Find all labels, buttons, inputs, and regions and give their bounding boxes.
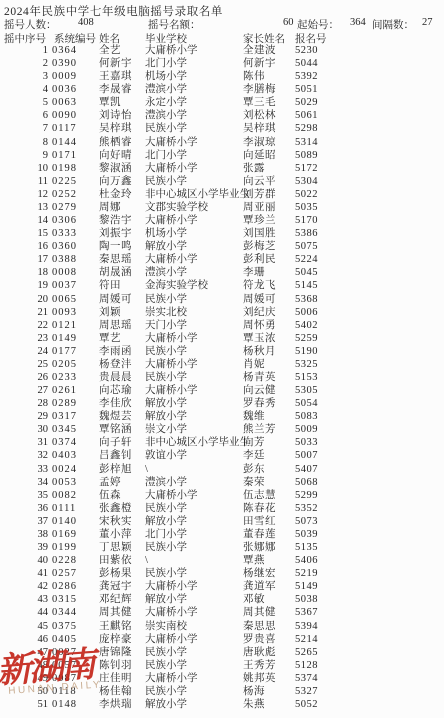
interval-label: 间隔数： xyxy=(372,17,414,32)
cell-rank: 29 xyxy=(0,410,48,423)
cell-school: 解放小学 xyxy=(145,515,187,528)
cell-registration-number: 5314 xyxy=(295,136,318,149)
cell-system-number: 0177 xyxy=(52,345,77,358)
cell-parent-name: 姚邦英 xyxy=(243,672,276,685)
cell-system-number: 0364 xyxy=(52,44,77,57)
cell-student-name: 黎淑涵 xyxy=(99,162,132,175)
cell-school: 民族小学 xyxy=(145,371,187,384)
cell-parent-name: 周其健 xyxy=(243,606,276,619)
cell-rank: 4 xyxy=(0,83,48,96)
cell-parent-name: 罗春秀 xyxy=(243,397,276,410)
cell-school: 永定小学 xyxy=(145,96,187,109)
table-row: 35 0082 伍森 大庸桥小学 伍志慧 5299 xyxy=(0,489,444,502)
cell-rank: 24 xyxy=(0,345,48,358)
table-row: 6 0090 刘诗怡 澧滨小学 刘松林 5061 xyxy=(0,109,444,122)
cell-registration-number: 5029 xyxy=(295,96,318,109)
cell-rank: 27 xyxy=(0,384,48,397)
cell-parent-name: 李膳梅 xyxy=(243,83,276,96)
cell-student-name: 何新宇 xyxy=(99,57,132,70)
table-row: 41 0257 彭杨果 民族小学 杨继宏 5219 xyxy=(0,567,444,580)
table-row: 28 0289 李佳欣 解放小学 罗春秀 5054 xyxy=(0,397,444,410)
cell-rank: 12 xyxy=(0,188,48,201)
cell-rank: 5 xyxy=(0,96,48,109)
quota-label: 摇号名额： xyxy=(148,17,201,32)
cell-registration-number: 5022 xyxy=(295,188,318,201)
cell-parent-name: 刘国胜 xyxy=(243,227,276,240)
cell-rank: 51 xyxy=(0,698,48,711)
cell-school: \ xyxy=(145,463,148,476)
cell-system-number: 0082 xyxy=(52,489,77,502)
cell-parent-name: 周亚丽 xyxy=(243,201,276,214)
cell-rank: 13 xyxy=(0,201,48,214)
cell-school: 非中心城区小学毕业生 xyxy=(145,436,250,449)
table-row: 23 0149 覃艺 大庸桥小学 覃玉浓 5259 xyxy=(0,332,444,345)
cell-system-number: 0279 xyxy=(52,201,77,214)
cell-student-name: 刘振宇 xyxy=(99,227,132,240)
cell-parent-name: 彭利民 xyxy=(243,253,276,266)
cell-system-number: 0198 xyxy=(52,162,77,175)
cell-student-name: 刘颖 xyxy=(99,306,121,319)
cell-student-name: 向万鑫 xyxy=(99,175,132,188)
cell-registration-number: 5327 xyxy=(295,685,318,698)
cell-parent-name: 张露 xyxy=(243,162,265,175)
cell-rank: 8 xyxy=(0,136,48,149)
cell-parent-name: 彭梅芝 xyxy=(243,240,276,253)
cell-registration-number: 5006 xyxy=(295,306,318,319)
table-row: 19 0037 符田 金海实验学校 符龙飞 5145 xyxy=(0,279,444,292)
cell-school: 澧滨小学 xyxy=(145,83,187,96)
table-row: 33 0024 彭梓旭 \ 彭东 5407 xyxy=(0,463,444,476)
cell-student-name: 田紫依 xyxy=(99,554,132,567)
cell-system-number: 0065 xyxy=(52,293,77,306)
cell-system-number: 0053 xyxy=(52,476,77,489)
cell-system-number: 0140 xyxy=(52,515,77,528)
cell-student-name: 周媛可 xyxy=(99,293,132,306)
cell-school: 民族小学 xyxy=(145,567,187,580)
cell-system-number: 0111 xyxy=(52,502,76,515)
cell-rank: 21 xyxy=(0,306,48,319)
cell-system-number: 0345 xyxy=(52,423,77,436)
cell-school: 机场小学 xyxy=(145,227,187,240)
table-row: 12 0252 杜金玲 非中心城区小学毕业生 刘芳群 5022 xyxy=(0,188,444,201)
cell-registration-number: 5073 xyxy=(295,515,318,528)
cell-rank: 39 xyxy=(0,541,48,554)
table-row: 3 0009 王嘉琪 机场小学 陈伟 5392 xyxy=(0,70,444,83)
cell-parent-name: 杨秋月 xyxy=(243,345,276,358)
cell-student-name: 胡晟涵 xyxy=(99,266,132,279)
cell-system-number: 0315 xyxy=(52,593,77,606)
cell-school: 大庸桥小学 xyxy=(145,253,198,266)
cell-student-name: 周其健 xyxy=(99,606,132,619)
cell-rank: 37 xyxy=(0,515,48,528)
cell-system-number: 0388 xyxy=(52,253,77,266)
cell-rank: 7 xyxy=(0,122,48,135)
cell-rank: 3 xyxy=(0,70,48,83)
cell-registration-number: 5402 xyxy=(295,319,318,332)
cell-student-name: 李佳欣 xyxy=(99,397,132,410)
table-row: 37 0140 宋秋实 解放小学 田雪红 5073 xyxy=(0,515,444,528)
cell-parent-name: 覃燕 xyxy=(243,554,265,567)
table-row: 20 0065 周媛可 民族小学 周媛可 5368 xyxy=(0,293,444,306)
cell-parent-name: 符龙飞 xyxy=(243,279,276,292)
table-header: 摇中序号 系统编号 姓名 毕业学校 家长姓名 报名号 xyxy=(0,31,444,44)
cell-student-name: 秦思瑶 xyxy=(99,253,132,266)
cell-system-number: 0233 xyxy=(52,371,77,384)
cell-school: 北门小学 xyxy=(145,149,187,162)
table-row: 24 0177 李雨函 民族小学 杨秋月 5190 xyxy=(0,345,444,358)
cell-student-name: 杨佳翰 xyxy=(99,685,132,698)
cell-parent-name: 王秀芳 xyxy=(243,659,276,672)
cell-parent-name: 秦荣 xyxy=(243,476,265,489)
cell-school: 民族小学 xyxy=(145,502,187,515)
table-row: 16 0360 陶一鸣 解放小学 彭梅芝 5075 xyxy=(0,240,444,253)
cell-registration-number: 5406 xyxy=(295,554,318,567)
cell-system-number: 0261 xyxy=(52,384,77,397)
cell-parent-name: 向延昭 xyxy=(243,149,276,162)
cell-school: 民族小学 xyxy=(145,659,187,672)
table-row: 13 0279 周娜 文郡实验学校 周亚丽 5035 xyxy=(0,201,444,214)
cell-student-name: 宋秋实 xyxy=(99,515,132,528)
cell-parent-name: 周媛可 xyxy=(243,293,276,306)
cell-student-name: 符田 xyxy=(99,279,121,292)
cell-parent-name: 吴梓琪 xyxy=(243,122,276,135)
cell-parent-name: 刘纪庆 xyxy=(243,306,276,319)
cell-student-name: 覃铭涵 xyxy=(99,423,132,436)
cell-student-name: 全艺 xyxy=(99,44,121,57)
cell-registration-number: 5368 xyxy=(295,293,318,306)
cell-rank: 15 xyxy=(0,227,48,240)
cell-rank: 17 xyxy=(0,253,48,266)
cell-registration-number: 5407 xyxy=(295,463,318,476)
cell-rank: 22 xyxy=(0,319,48,332)
cell-registration-number: 5214 xyxy=(295,633,318,646)
cell-student-name: 覃艺 xyxy=(99,332,121,345)
cell-system-number: 0024 xyxy=(52,463,77,476)
cell-student-name: 丁思颖 xyxy=(99,541,132,554)
cell-system-number: 0090 xyxy=(52,109,77,122)
cell-parent-name: 陈伟 xyxy=(243,70,265,83)
cell-registration-number: 5033 xyxy=(295,436,318,449)
table-row: 5 0063 覃凯 永定小学 覃三毛 5029 xyxy=(0,96,444,109)
cell-system-number: 0306 xyxy=(52,214,77,227)
table-row: 21 0093 刘颖 崇实北校 刘纪庆 5006 xyxy=(0,306,444,319)
cell-rank: 35 xyxy=(0,489,48,502)
cell-parent-name: 何新宇 xyxy=(243,57,276,70)
cell-parent-name: 杨海 xyxy=(243,685,265,698)
cell-registration-number: 5394 xyxy=(295,620,318,633)
cell-school: 天门小学 xyxy=(145,319,187,332)
cell-parent-name: 向云平 xyxy=(243,175,276,188)
cell-rank: 45 xyxy=(0,620,48,633)
cell-parent-name: 李淑琼 xyxy=(243,136,276,149)
cell-system-number: 0199 xyxy=(52,541,77,554)
cell-student-name: 董小萍 xyxy=(99,528,132,541)
table-row: 34 0053 孟婷 澧滨小学 秦荣 5068 xyxy=(0,476,444,489)
cell-rank: 40 xyxy=(0,554,48,567)
cell-student-name: 熊栖睿 xyxy=(99,136,132,149)
table-row: 40 0228 田紫依 \ 覃燕 5406 xyxy=(0,554,444,567)
cell-school: 崇文小学 xyxy=(145,423,187,436)
table-row: 32 0403 吕鑫钊 敦谊小学 李廷 5007 xyxy=(0,449,444,462)
cell-rank: 42 xyxy=(0,580,48,593)
cell-student-name: 邓纪辉 xyxy=(99,593,132,606)
cell-parent-name: 龚道军 xyxy=(243,580,276,593)
cell-student-name: 李雨函 xyxy=(99,345,132,358)
cell-rank: 19 xyxy=(0,279,48,292)
cell-system-number: 0374 xyxy=(52,436,77,449)
document-page: 2024年民族中学七年级电脑摇号录取名单 摇号人数： 408 摇号名额： 60 … xyxy=(0,0,444,718)
cell-system-number: 0093 xyxy=(52,306,77,319)
table-row: 18 0008 胡晟涵 澧滨小学 李珊 5045 xyxy=(0,266,444,279)
cell-parent-name: 张娜娜 xyxy=(243,541,276,554)
cell-rank: 44 xyxy=(0,606,48,619)
cell-registration-number: 5325 xyxy=(295,358,318,371)
cell-school: 大庸桥小学 xyxy=(145,358,198,371)
cell-student-name: 杜金玲 xyxy=(99,188,132,201)
cell-school: 北门小学 xyxy=(145,57,187,70)
cell-registration-number: 5304 xyxy=(295,175,318,188)
cell-system-number: 0344 xyxy=(52,606,77,619)
cell-registration-number: 5009 xyxy=(295,423,318,436)
cell-parent-name: 刘松林 xyxy=(243,109,276,122)
cell-registration-number: 5153 xyxy=(295,371,318,384)
cell-student-name: 李烘瑞 xyxy=(99,698,132,711)
cell-student-name: 向芯瑜 xyxy=(99,384,132,397)
cell-school: 民族小学 xyxy=(145,541,187,554)
cell-system-number: 0252 xyxy=(52,188,77,201)
cell-rank: 38 xyxy=(0,528,48,541)
cell-rank: 28 xyxy=(0,397,48,410)
cell-rank: 11 xyxy=(0,175,48,188)
cell-system-number: 0169 xyxy=(52,528,77,541)
cell-parent-name: 向芳 xyxy=(243,436,265,449)
cell-student-name: 吕鑫钊 xyxy=(99,449,132,462)
cell-school: 解放小学 xyxy=(145,698,187,711)
table-row: 11 0225 向万鑫 民族小学 向云平 5304 xyxy=(0,175,444,188)
cell-parent-name: 秦思思 xyxy=(243,620,276,633)
cell-school: 澧滨小学 xyxy=(145,109,187,122)
cell-rank: 30 xyxy=(0,423,48,436)
cell-registration-number: 5054 xyxy=(295,397,318,410)
cell-system-number: 0228 xyxy=(52,554,77,567)
cell-registration-number: 5039 xyxy=(295,528,318,541)
cell-system-number: 0205 xyxy=(52,358,77,371)
table-row: 4 0036 李晟睿 澧滨小学 李膳梅 5051 xyxy=(0,83,444,96)
cell-parent-name: 向云健 xyxy=(243,384,276,397)
cell-rank: 34 xyxy=(0,476,48,489)
cell-school: 民族小学 xyxy=(145,685,187,698)
cell-rank: 41 xyxy=(0,567,48,580)
cell-system-number: 0286 xyxy=(52,580,77,593)
cell-registration-number: 5392 xyxy=(295,70,318,83)
cell-student-name: 伍森 xyxy=(99,489,121,502)
cell-registration-number: 5190 xyxy=(295,345,318,358)
table-row: 51 0148 李烘瑞 解放小学 朱燕 5052 xyxy=(0,698,444,711)
cell-school: 解放小学 xyxy=(145,410,187,423)
cell-registration-number: 5170 xyxy=(295,214,318,227)
cell-student-name: 杨登沣 xyxy=(99,358,132,371)
cell-system-number: 0037 xyxy=(52,279,77,292)
cell-school: 大庸桥小学 xyxy=(145,214,198,227)
cell-registration-number: 5128 xyxy=(295,659,318,672)
table-row: 14 0306 黎浩宇 大庸桥小学 覃珍兰 5170 xyxy=(0,214,444,227)
cell-student-name: 庄佳明 xyxy=(99,672,132,685)
start-number-value: 364 xyxy=(350,17,366,28)
cell-registration-number: 5265 xyxy=(295,646,318,659)
cell-student-name: 李晟睿 xyxy=(99,83,132,96)
table-row: 31 0374 向子轩 非中心城区小学毕业生 向芳 5033 xyxy=(0,436,444,449)
table-row: 9 0171 向好晴 北门小学 向延昭 5089 xyxy=(0,149,444,162)
cell-system-number: 0225 xyxy=(52,175,77,188)
cell-school: \ xyxy=(145,554,148,567)
cell-school: 大庸桥小学 xyxy=(145,633,198,646)
cell-school: 民族小学 xyxy=(145,345,187,358)
cell-registration-number: 5298 xyxy=(295,122,318,135)
cell-school: 大庸桥小学 xyxy=(145,580,198,593)
cell-rank: 14 xyxy=(0,214,48,227)
cell-school: 解放小学 xyxy=(145,593,187,606)
cell-student-name: 周思瑶 xyxy=(99,319,132,332)
cell-system-number: 0149 xyxy=(52,332,77,345)
cell-student-name: 张鑫橙 xyxy=(99,502,132,515)
cell-registration-number: 5061 xyxy=(295,109,318,122)
cell-registration-number: 5068 xyxy=(295,476,318,489)
cell-school: 大庸桥小学 xyxy=(145,384,198,397)
cell-rank: 10 xyxy=(0,162,48,175)
cell-student-name: 陈钊羽 xyxy=(99,659,132,672)
table-row: 29 0317 魏煜芸 解放小学 魏维 5083 xyxy=(0,410,444,423)
cell-school: 民族小学 xyxy=(145,175,187,188)
quota-value: 60 xyxy=(283,17,294,28)
cell-school: 敦谊小学 xyxy=(145,449,187,462)
cell-student-name: 龚冠宇 xyxy=(99,580,132,593)
cell-rank: 25 xyxy=(0,358,48,371)
cell-system-number: 0405 xyxy=(52,633,77,646)
cell-parent-name: 全建波 xyxy=(243,44,276,57)
table-row: 36 0111 张鑫橙 民族小学 陈春花 5352 xyxy=(0,502,444,515)
cell-student-name: 刘诗怡 xyxy=(99,109,132,122)
cell-school: 大庸桥小学 xyxy=(145,672,198,685)
table-row: 39 0199 丁思颖 民族小学 张娜娜 5135 xyxy=(0,541,444,554)
cell-school: 北门小学 xyxy=(145,528,187,541)
logo-cn-text: 新湖南 xyxy=(0,644,102,691)
cell-parent-name: 周怀勇 xyxy=(243,319,276,332)
table-row: 25 0205 杨登沣 大庸桥小学 肖妮 5325 xyxy=(0,358,444,371)
cell-registration-number: 5259 xyxy=(295,332,318,345)
cell-student-name: 周娜 xyxy=(99,201,121,214)
table-row: 1 0364 全艺 大庸桥小学 全建波 5230 xyxy=(0,44,444,57)
cell-registration-number: 5386 xyxy=(295,227,318,240)
cell-system-number: 0333 xyxy=(52,227,77,240)
cell-rank: 43 xyxy=(0,593,48,606)
cell-parent-name: 熊兰芳 xyxy=(243,423,276,436)
participants-value: 408 xyxy=(78,17,94,28)
cell-school: 民族小学 xyxy=(145,122,187,135)
table-row: 45 0375 王麒铭 崇实南校 秦思思 5394 xyxy=(0,620,444,633)
cell-system-number: 0148 xyxy=(52,698,77,711)
cell-parent-name: 肖妮 xyxy=(243,358,265,371)
cell-student-name: 唐锦隆 xyxy=(99,646,132,659)
cell-parent-name: 邓敏 xyxy=(243,593,265,606)
cell-student-name: 陶一鸣 xyxy=(99,240,132,253)
cell-registration-number: 5305 xyxy=(295,384,318,397)
cell-parent-name: 伍志慧 xyxy=(243,489,276,502)
cell-system-number: 0144 xyxy=(52,136,77,149)
cell-registration-number: 5075 xyxy=(295,240,318,253)
cell-system-number: 0375 xyxy=(52,620,77,633)
table-row: 22 0121 周思瑶 天门小学 周怀勇 5402 xyxy=(0,319,444,332)
cell-registration-number: 5367 xyxy=(295,606,318,619)
cell-registration-number: 5352 xyxy=(295,502,318,515)
cell-school: 大庸桥小学 xyxy=(145,332,198,345)
cell-parent-name: 覃玉浓 xyxy=(243,332,276,345)
start-number-label: 起始号： xyxy=(297,17,339,32)
table-row: 38 0169 董小萍 北门小学 董春莲 5039 xyxy=(0,528,444,541)
cell-school: 金海实验学校 xyxy=(145,279,208,292)
cell-school: 民族小学 xyxy=(145,646,187,659)
cell-registration-number: 5051 xyxy=(295,83,318,96)
cell-student-name: 庞梓豪 xyxy=(99,633,132,646)
cell-school: 大庸桥小学 xyxy=(145,136,198,149)
cell-student-name: 覃凯 xyxy=(99,96,121,109)
cell-system-number: 0390 xyxy=(52,57,77,70)
cell-parent-name: 田雪红 xyxy=(243,515,276,528)
cell-school: 非中心城区小学毕业生 xyxy=(145,188,250,201)
cell-school: 大庸桥小学 xyxy=(145,162,198,175)
cell-rank: 33 xyxy=(0,463,48,476)
cell-parent-name: 覃珍兰 xyxy=(243,214,276,227)
cell-parent-name: 彭东 xyxy=(243,463,265,476)
cell-parent-name: 覃三毛 xyxy=(243,96,276,109)
cell-registration-number: 5219 xyxy=(295,567,318,580)
cell-rank: 18 xyxy=(0,266,48,279)
cell-rank: 1 xyxy=(0,44,48,57)
cell-parent-name: 李廷 xyxy=(243,449,265,462)
table-row: 27 0261 向芯瑜 大庸桥小学 向云健 5305 xyxy=(0,384,444,397)
cell-student-name: 向好晴 xyxy=(99,149,132,162)
cell-registration-number: 5089 xyxy=(295,149,318,162)
cell-registration-number: 5299 xyxy=(295,489,318,502)
cell-registration-number: 5007 xyxy=(295,449,318,462)
cell-school: 文郡实验学校 xyxy=(145,201,208,214)
cell-parent-name: 董春莲 xyxy=(243,528,276,541)
cell-rank: 26 xyxy=(0,371,48,384)
table-row: 26 0233 贵晨晨 民族小学 杨青英 5153 xyxy=(0,371,444,384)
cell-registration-number: 5145 xyxy=(295,279,318,292)
cell-system-number: 0063 xyxy=(52,96,77,109)
cell-registration-number: 5149 xyxy=(295,580,318,593)
cell-parent-name: 罗贵喜 xyxy=(243,633,276,646)
cell-registration-number: 5044 xyxy=(295,57,318,70)
cell-student-name: 王嘉琪 xyxy=(99,70,132,83)
cell-rank: 2 xyxy=(0,57,48,70)
cell-rank: 31 xyxy=(0,436,48,449)
cell-school: 民族小学 xyxy=(145,293,187,306)
cell-registration-number: 5083 xyxy=(295,410,318,423)
table-row: 30 0345 覃铭涵 崇文小学 熊兰芳 5009 xyxy=(0,423,444,436)
cell-school: 大庸桥小学 xyxy=(145,44,198,57)
cell-student-name: 魏煜芸 xyxy=(99,410,132,423)
cell-system-number: 0317 xyxy=(52,410,77,423)
cell-registration-number: 5230 xyxy=(295,44,318,57)
cell-student-name: 黎浩宇 xyxy=(99,214,132,227)
cell-registration-number: 5135 xyxy=(295,541,318,554)
cell-school: 崇实北校 xyxy=(145,306,187,319)
cell-school: 机场小学 xyxy=(145,70,187,83)
cell-registration-number: 5374 xyxy=(295,672,318,685)
cell-student-name: 彭杨果 xyxy=(99,567,132,580)
table-row: 8 0144 熊栖睿 大庸桥小学 李淑琼 5314 xyxy=(0,136,444,149)
